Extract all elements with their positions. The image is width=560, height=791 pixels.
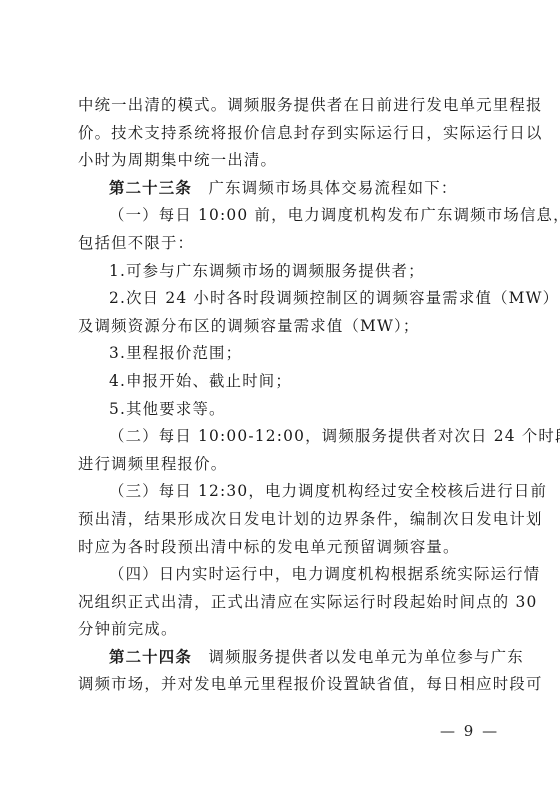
text-line: 况组织正式出清，正式出清应在实际运行时段起始时间点的 30 xyxy=(78,589,492,617)
line-text: （三）每日 12:30，电力调度机构经过安全校核后进行日前 xyxy=(109,482,547,500)
line-text: 广东调频市场具体交易流程如下： xyxy=(192,179,457,197)
line-text: （二）每日 10:00-12:00，调频服务提供者对次日 24 个时段 xyxy=(109,427,560,445)
text-line: 包括但不限于： xyxy=(78,230,492,258)
line-text: 中统一出清的模式。调频服务提供者在日前进行发电单元里程报 xyxy=(78,96,543,114)
line-text: （一）每日 10:00 前，电力调度机构发布广东调频市场信息， xyxy=(109,206,560,224)
article-heading-line: 第二十三条 广东调频市场具体交易流程如下： xyxy=(78,175,492,203)
line-text: 及调频资源分布区的调频容量需求值（MW）； xyxy=(78,317,420,335)
text-line: 4.申报开始、截止时间； xyxy=(78,368,492,396)
text-line: 进行调频里程报价。 xyxy=(78,451,492,479)
text-line: 3.里程报价范围； xyxy=(78,340,492,368)
text-line: 预出清，结果形成次日发电计划的边界条件，编制次日发电计划 xyxy=(78,506,492,534)
text-line: （二）每日 10:00-12:00，调频服务提供者对次日 24 个时段 xyxy=(78,423,492,451)
line-text: 1.可参与广东调频市场的调频服务提供者； xyxy=(109,262,425,280)
text-line: 中统一出清的模式。调频服务提供者在日前进行发电单元里程报 xyxy=(78,92,492,120)
line-text: 价。技术支持系统将报价信息封存到实际运行日，实际运行日以 xyxy=(78,124,543,142)
article-number: 第二十四条 xyxy=(109,648,192,666)
line-text: （四）日内实时运行中，电力调度机构根据系统实际运行情 xyxy=(109,565,540,583)
text-line: （一）每日 10:00 前，电力调度机构发布广东调频市场信息， xyxy=(78,202,492,230)
article-heading-line: 第二十四条 调频服务提供者以发电单元为单位参与广东 xyxy=(78,644,492,672)
text-line: 2.次日 24 小时各时段调频控制区的调频容量需求值（MW） xyxy=(78,285,492,313)
line-text: 5.其他要求等。 xyxy=(109,400,226,418)
body-text: 中统一出清的模式。调频服务提供者在日前进行发电单元里程报价。技术支持系统将报价信… xyxy=(78,92,492,699)
page-number: — 9 — xyxy=(440,722,499,740)
text-line: 调频市场，并对发电单元里程报价设置缺省值，每日相应时段可 xyxy=(78,671,492,699)
line-text: 分钟前完成。 xyxy=(78,620,178,638)
line-text: 包括但不限于： xyxy=(78,234,194,252)
text-line: 小时为周期集中统一出清。 xyxy=(78,147,492,175)
text-line: （四）日内实时运行中，电力调度机构根据系统实际运行情 xyxy=(78,561,492,589)
article-number: 第二十三条 xyxy=(109,179,192,197)
line-text: 小时为周期集中统一出清。 xyxy=(78,151,277,169)
text-line: 时应为各时段预出清中标的发电单元预留调频容量。 xyxy=(78,534,492,562)
line-text: 2.次日 24 小时各时段调频控制区的调频容量需求值（MW） xyxy=(109,289,559,307)
line-text: 3.里程报价范围； xyxy=(109,344,242,362)
text-line: 价。技术支持系统将报价信息封存到实际运行日，实际运行日以 xyxy=(78,120,492,148)
line-text: 况组织正式出清，正式出清应在实际运行时段起始时间点的 30 xyxy=(78,593,537,611)
line-text: 4.申报开始、截止时间； xyxy=(109,372,292,390)
line-text: 调频服务提供者以发电单元为单位参与广东 xyxy=(192,648,524,666)
text-line: 1.可参与广东调频市场的调频服务提供者； xyxy=(78,258,492,286)
document-page: 中统一出清的模式。调频服务提供者在日前进行发电单元里程报价。技术支持系统将报价信… xyxy=(0,0,560,791)
text-line: 5.其他要求等。 xyxy=(78,396,492,424)
line-text: 时应为各时段预出清中标的发电单元预留调频容量。 xyxy=(78,538,460,556)
text-line: （三）每日 12:30，电力调度机构经过安全校核后进行日前 xyxy=(78,478,492,506)
line-text: 调频市场，并对发电单元里程报价设置缺省值，每日相应时段可 xyxy=(78,675,543,693)
line-text: 进行调频里程报价。 xyxy=(78,455,227,473)
text-line: 及调频资源分布区的调频容量需求值（MW）； xyxy=(78,313,492,341)
text-line: 分钟前完成。 xyxy=(78,616,492,644)
line-text: 预出清，结果形成次日发电计划的边界条件，编制次日发电计划 xyxy=(78,510,543,528)
